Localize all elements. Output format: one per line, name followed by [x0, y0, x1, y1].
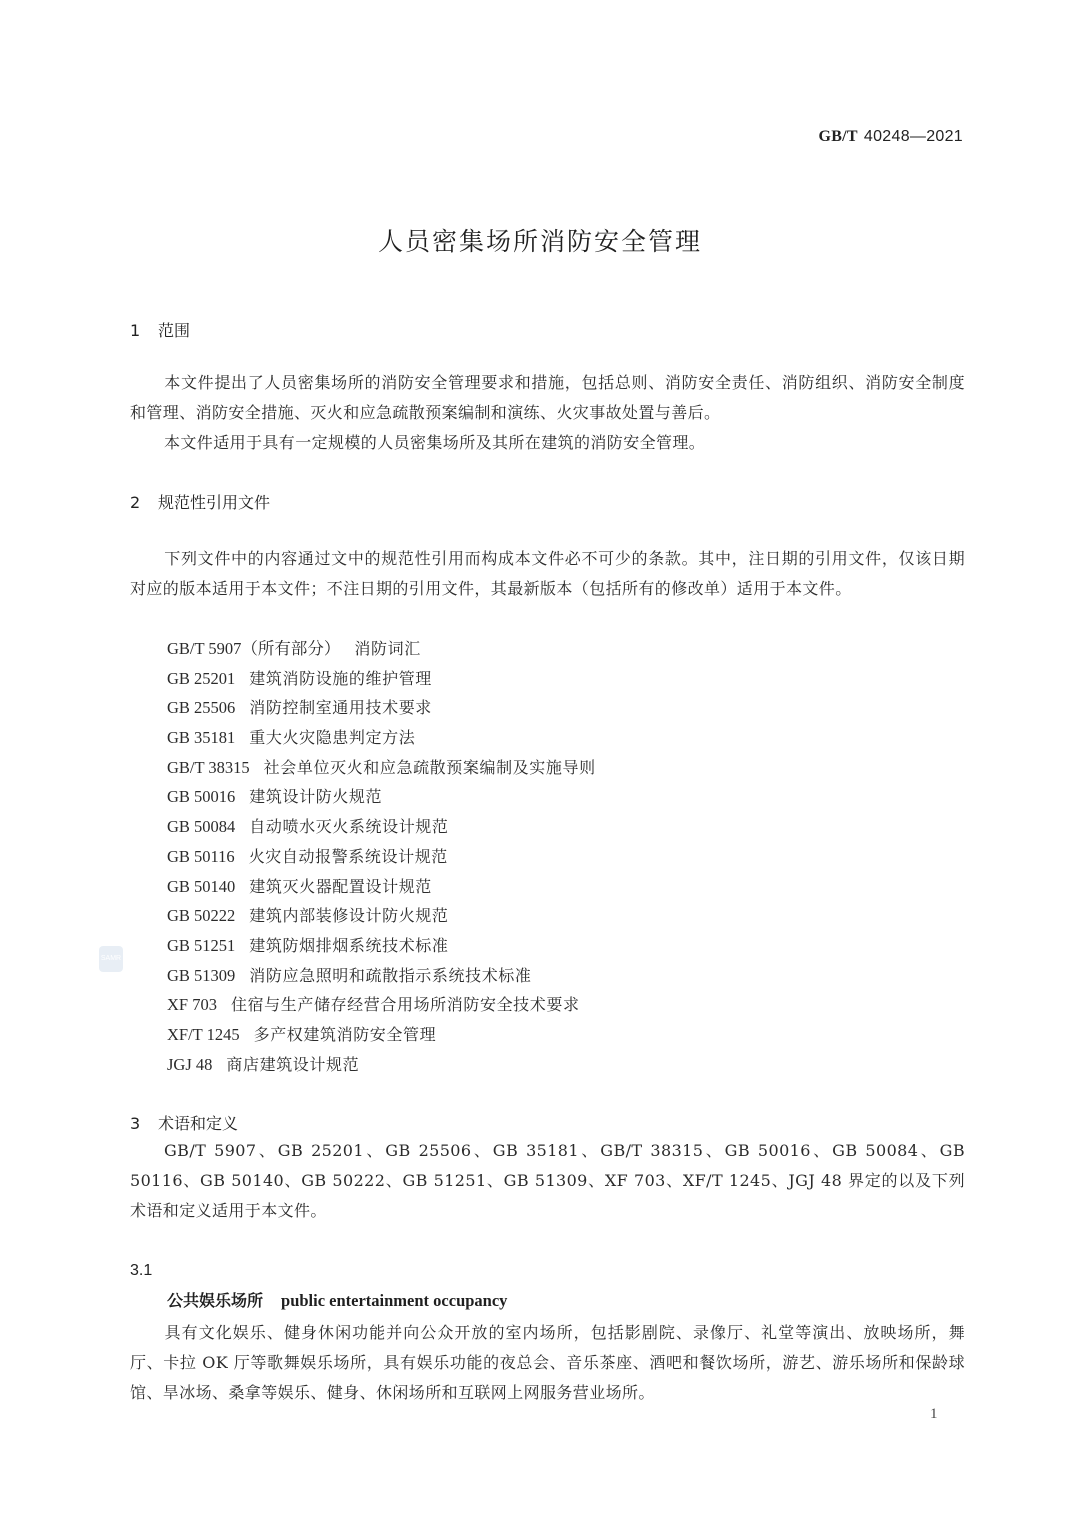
section-2-paragraph-1: 下列文件中的内容通过文中的规范性引用而构成本文件必不可少的条款。其中，注日期的引… — [130, 544, 965, 604]
standard-code: GB/T40248—2021 — [818, 128, 963, 146]
reference-item: XF 703住宿与生产储存经营合用场所消防安全技术要求 — [167, 990, 596, 1020]
reference-item: GB 50116火灾自动报警系统设计规范 — [167, 842, 596, 872]
reference-item: JGJ 48商店建筑设计规范 — [167, 1050, 596, 1080]
section-1-paragraph-1: 本文件提出了人员密集场所的消防安全管理要求和措施，包括总则、消防安全责任、消防组… — [130, 368, 965, 428]
section-number: 3 — [130, 1114, 158, 1133]
reference-item: GB 51251建筑防烟排烟系统技术标准 — [167, 931, 596, 961]
section-title: 范围 — [158, 321, 190, 340]
watermark-logo-icon: SAMR — [99, 946, 123, 972]
reference-item: GB 50140建筑灭火器配置设计规范 — [167, 872, 596, 902]
term-chinese: 公共娱乐场所 — [167, 1291, 263, 1310]
section-number: 1 — [130, 321, 158, 340]
section-2-heading: 2规范性引用文件 — [130, 490, 270, 513]
section-title: 规范性引用文件 — [158, 493, 270, 512]
document-title: 人员密集场所消防安全管理 — [0, 222, 1080, 258]
section-title: 术语和定义 — [158, 1114, 238, 1133]
reference-item: GB 50222建筑内部装修设计防火规范 — [167, 901, 596, 931]
reference-item: GB 35181重大火灾隐患判定方法 — [167, 723, 596, 753]
reference-item: GB 50016建筑设计防火规范 — [167, 782, 596, 812]
section-1-paragraph-2: 本文件适用于具有一定规模的人员密集场所及其所在建筑的消防安全管理。 — [130, 428, 965, 458]
standard-number: 40248—2021 — [864, 128, 963, 145]
term-heading: 公共娱乐场所public entertainment occupancy — [167, 1288, 507, 1311]
section-number: 2 — [130, 493, 158, 512]
term-english: public entertainment occupancy — [281, 1291, 507, 1310]
reference-item: GB 50084自动喷水灭火系统设计规范 — [167, 812, 596, 842]
reference-item: GB 25201建筑消防设施的维护管理 — [167, 664, 596, 694]
reference-item: GB/T 38315社会单位灭火和应急疏散预案编制及实施导则 — [167, 753, 596, 783]
section-3-paragraph-1: GB/T 5907、GB 25201、GB 25506、GB 35181、GB/… — [130, 1136, 965, 1226]
section-3-heading: 3术语和定义 — [130, 1111, 238, 1134]
page-number: 1 — [930, 1406, 938, 1423]
document-page: GB/T40248—2021 人员密集场所消防安全管理 1范围 本文件提出了人员… — [0, 0, 1080, 1527]
reference-item: GB/T 5907（所有部分）消防词汇 — [167, 634, 596, 664]
term-definition: 具有文化娱乐、健身休闲功能并向公众开放的室内场所，包括影剧院、录像厅、礼堂等演出… — [130, 1318, 965, 1408]
reference-item: GB 25506消防控制室通用技术要求 — [167, 693, 596, 723]
clause-number: 3.1 — [130, 1262, 152, 1280]
reference-item: XF/T 1245多产权建筑消防安全管理 — [167, 1020, 596, 1050]
normative-references-list: GB/T 5907（所有部分）消防词汇 GB 25201建筑消防设施的维护管理 … — [167, 634, 596, 1079]
section-1-heading: 1范围 — [130, 318, 190, 341]
reference-item: GB 51309消防应急照明和疏散指示系统技术标准 — [167, 961, 596, 991]
standard-prefix: GB/T — [818, 128, 857, 145]
